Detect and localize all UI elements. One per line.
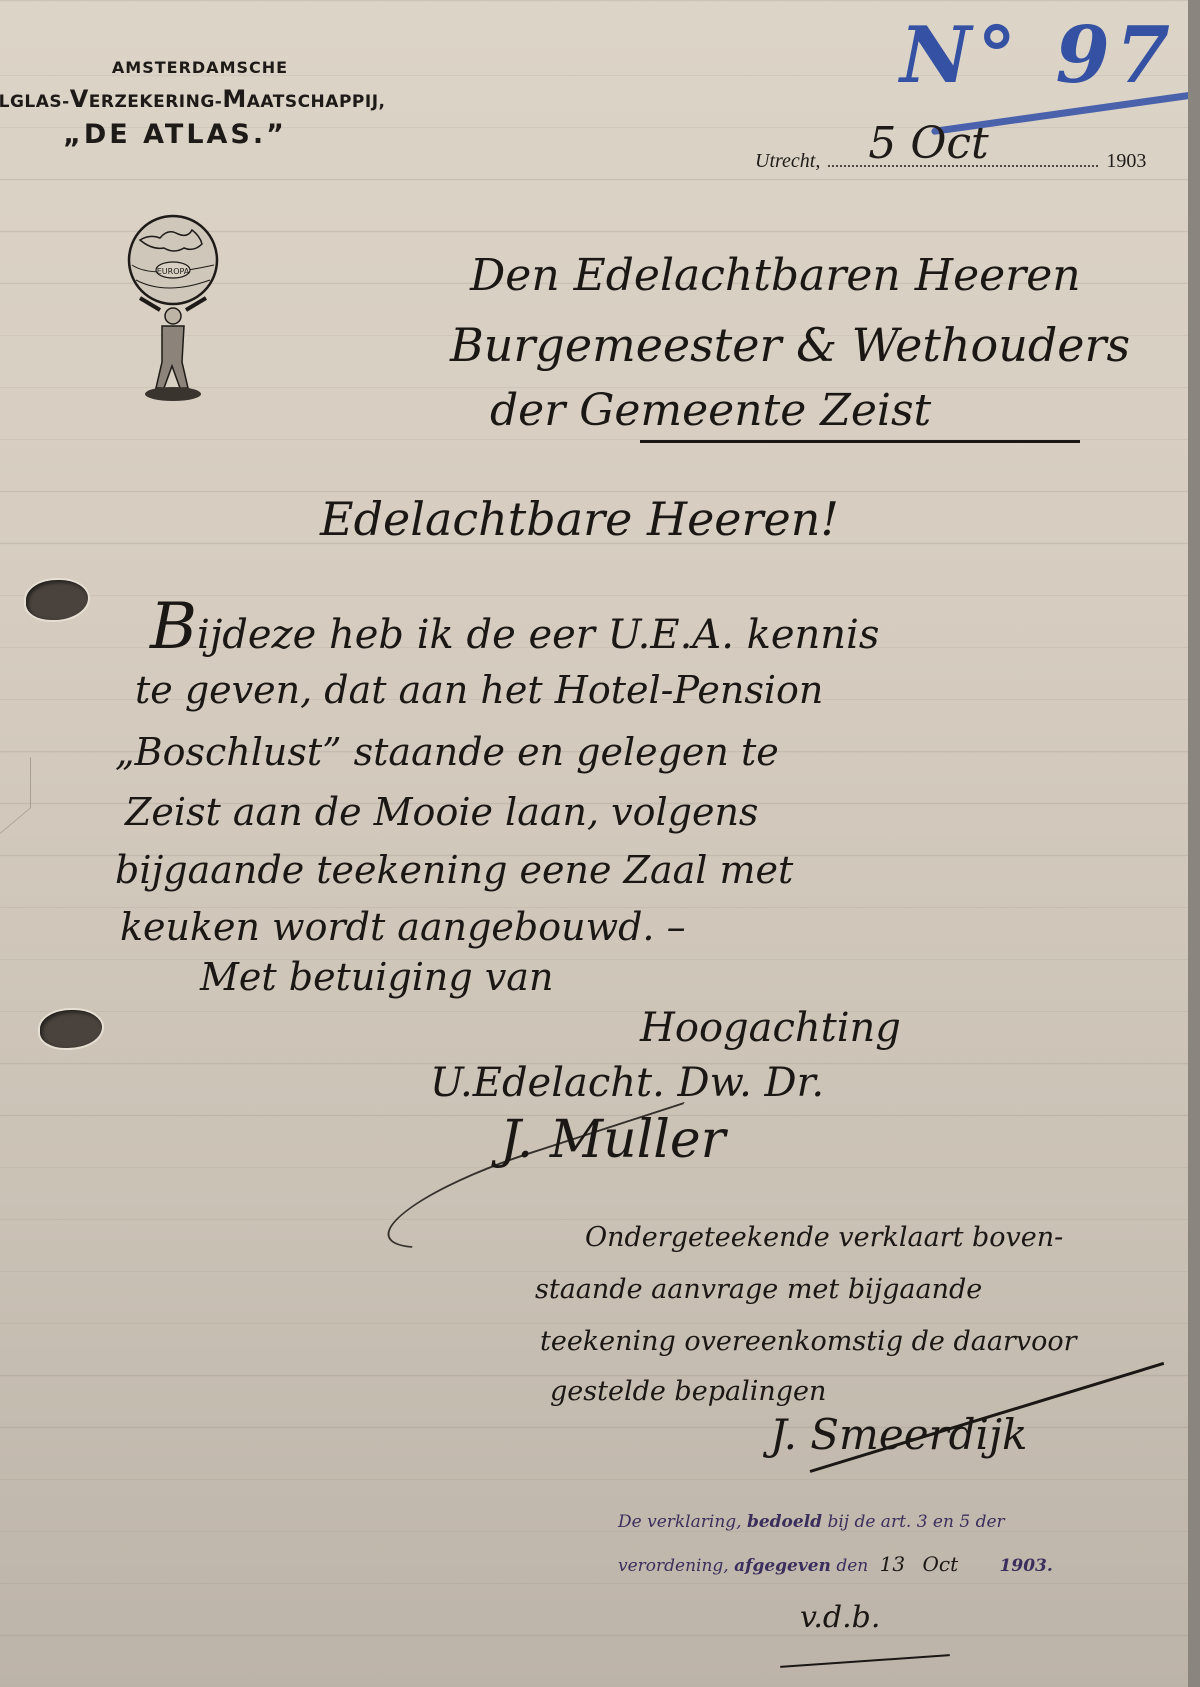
address-underline xyxy=(640,440,1080,443)
punch-hole-top xyxy=(26,580,88,620)
stamp-line-2: verordening, afgegeven den 13 Oct 1903. xyxy=(618,1552,1053,1576)
dateline-dotted-field: 5 Oct xyxy=(828,165,1098,167)
initials-underline xyxy=(780,1654,950,1668)
stamp-month: Oct xyxy=(923,1552,959,1576)
closing-line-1: Hoogachting xyxy=(640,1005,901,1051)
body-line-4: Zeist aan de Mooie laan, volgens xyxy=(125,790,758,834)
letterhead-city: AMSTERDAMSCHE xyxy=(0,58,400,77)
address-line-1: Den Edelachtbaren Heeren xyxy=(470,250,1081,301)
body-line-2: te geven, dat aan het Hotel-Pension xyxy=(135,668,823,712)
address-line-3: der Gemeente Zeist xyxy=(490,385,931,436)
body-line-6: keuken wordt aangebouwd. – xyxy=(120,905,686,949)
body-line-7: Met betuiging van xyxy=(200,955,553,999)
document-number: N° 97 xyxy=(900,10,1176,101)
letter-paper: AMSTERDAMSCHE ELGLAS-VERZEKERING-MAATSCH… xyxy=(0,0,1190,1687)
logo-label: EUROPA xyxy=(157,267,190,276)
dateline-city: Utrecht, xyxy=(755,150,820,172)
stamp-day: 13 xyxy=(880,1552,905,1576)
approval-note-line-4: gestelde bepalingen xyxy=(550,1376,826,1407)
stamp-year: 1903. xyxy=(1000,1556,1053,1576)
closing-line-2: U.Edelacht. Dw. Dr. xyxy=(430,1060,824,1106)
stamp-line-1: De verklaring, bedoeld bij de art. 3 en … xyxy=(618,1512,1005,1532)
stamp-initials: v.d.b. xyxy=(800,1600,880,1635)
body-line-1: Bijdeze heb ik de eer U.E.A. kennis xyxy=(150,590,879,664)
dateline-handwritten-date: 5 Oct xyxy=(868,118,988,169)
dateline-year: 1903 xyxy=(1106,150,1146,172)
letterhead: AMSTERDAMSCHE ELGLAS-VERZEKERING-MAATSCH… xyxy=(0,58,400,150)
background-edge xyxy=(1188,0,1200,1687)
punch-hole-bottom xyxy=(40,1010,102,1048)
approval-note-line-3: teekening overeenkomstig de daarvoor xyxy=(540,1326,1077,1357)
atlas-globe-logo-icon: EUROPA xyxy=(118,210,228,410)
body-line-5: bijgaande teekening eene Zaal met xyxy=(115,848,793,892)
approval-note-line-2: staande aanvrage met bijgaande xyxy=(535,1274,982,1305)
approval-note-line-1: Ondergeteekende verklaart boven- xyxy=(585,1222,1063,1253)
paper-fold-mark xyxy=(0,757,31,834)
letterhead-company: ELGLAS-VERZEKERING-MAATSCHAPPIJ, xyxy=(0,85,400,113)
address-line-2: Burgemeester & Wethouders xyxy=(450,318,1130,372)
dateline: Utrecht, 5 Oct 1903 xyxy=(755,150,1146,173)
body-line-3: „Boschlust” staande en gelegen te xyxy=(115,730,779,774)
letterhead-brand: „DE ATLAS.” xyxy=(0,119,400,150)
salutation: Edelachtbare Heeren! xyxy=(320,492,839,546)
